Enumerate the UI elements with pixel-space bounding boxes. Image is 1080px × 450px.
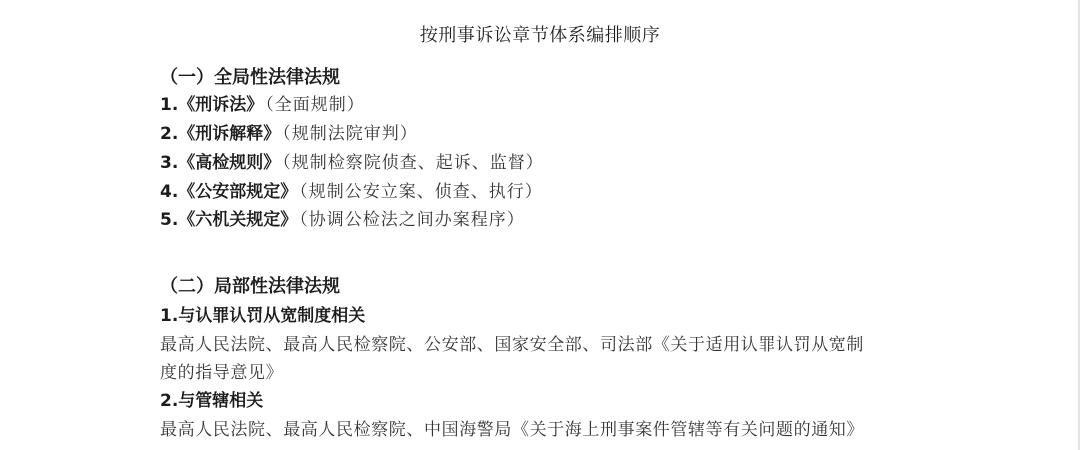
item-description: （全面规制） <box>265 95 365 115</box>
item-description: （协调公检法之间办案程序） <box>299 210 525 230</box>
body-text-line: 最高人民法院、最高人民检察院、公安部、国家安全部、司法部《关于适用认罪认罚从宽制 <box>160 333 864 357</box>
subsection-heading-plea-leniency: 1.与认罪认罚从宽制度相关 <box>160 304 365 328</box>
item-description: （规制检察院侦查、起诉、监督） <box>282 153 544 173</box>
section-heading-local: （二）局部性法律法规 <box>160 275 340 299</box>
list-item: 4.《公安部规定》（规制公安立案、侦查、执行） <box>160 180 543 204</box>
item-law-name: 《公安部规定》 <box>178 182 297 202</box>
list-item: 5.《六机关规定》（协调公检法之间办案程序） <box>160 208 525 232</box>
item-description: （规制公安立案、侦查、执行） <box>299 182 543 202</box>
section-heading-global: （一）全局性法律法规 <box>160 66 340 90</box>
item-law-name: 《六机关规定》 <box>178 210 297 230</box>
item-number: 4. <box>160 182 178 202</box>
list-item: 2.《刑诉解释》（规制法院审判） <box>160 122 418 146</box>
item-law-name: 《高检规则》 <box>178 153 280 173</box>
list-item: 1.《刑诉法》（全面规制） <box>160 93 365 117</box>
item-number: 1. <box>160 95 178 115</box>
subsection-heading-jurisdiction: 2.与管辖相关 <box>160 389 263 413</box>
document-title: 按刑事诉讼章节体系编排顺序 <box>0 24 1080 48</box>
item-number: 3. <box>160 153 178 173</box>
body-text-line: 最高人民法院、最高人民检察院、中国海警局《关于海上刑事案件管辖等有关问题的通知》 <box>160 418 864 442</box>
item-law-name: 《刑诉法》 <box>178 95 263 115</box>
item-law-name: 《刑诉解释》 <box>178 124 280 144</box>
item-description: （规制法院审判） <box>282 124 418 144</box>
item-number: 2. <box>160 124 178 144</box>
item-number: 5. <box>160 210 178 230</box>
body-text-line: 度的指导意见》 <box>160 361 283 385</box>
list-item: 3.《高检规则》（规制检察院侦查、起诉、监督） <box>160 151 544 175</box>
